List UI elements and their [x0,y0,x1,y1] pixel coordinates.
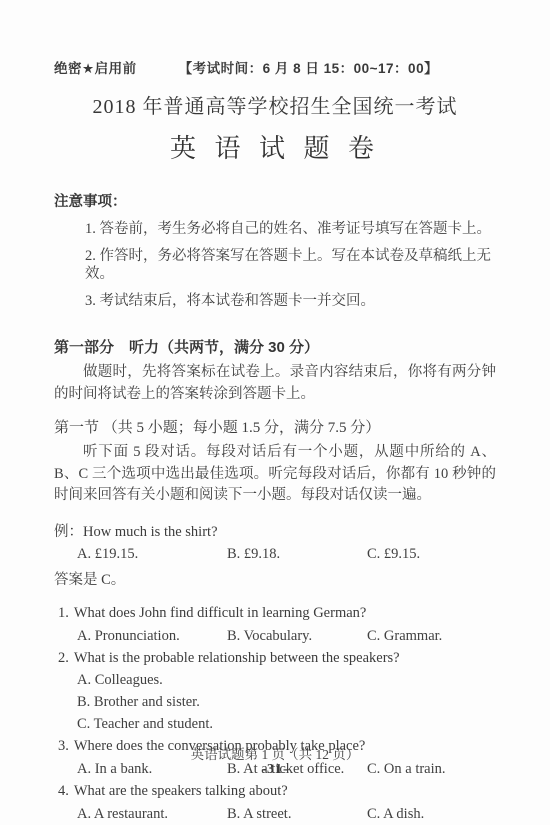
question-1-options: A. Pronunciation. B. Vocabulary. C. Gram… [54,627,496,646]
question-1-text: 1.What does John find difficult in learn… [54,604,496,623]
section1-heading: 第一节 （共 5 小题；每小题 1.5 分，满分 7.5 分） [54,416,496,437]
example-answer: 答案是 C。 [54,568,496,589]
part1-heading: 第一部分 听力（共两节，满分 30 分） [54,336,496,357]
notice-item-3: 3. 考试结束后，将本试卷和答题卡一并交回。 [54,292,496,310]
exam-paper-page: 绝密★启用前 【考试时间：6 月 8 日 15：00~17：00】 2018 年… [0,0,550,825]
page-content: 绝密★启用前 【考试时间：6 月 8 日 15：00~17：00】 2018 年… [0,0,550,824]
question-1: 1.What does John find difficult in learn… [54,604,496,646]
example-option-b: B. £9.18. [227,545,367,564]
footer-page-number: -31- [0,762,550,778]
question-1-option-c: C. Grammar. [367,627,496,646]
footer-page-info: 英语试题第 1 页（共 12 页） [0,743,550,763]
exam-time-label: 【考试时间：6 月 8 日 15：00~17：00】 [179,57,438,77]
question-4-number: 4. [58,783,69,799]
secrecy-label: 绝密★启用前 [54,57,137,77]
example-question: 例：How much is the shirt? [54,520,496,541]
example-options: A. £19.15. B. £9.18. C. £9.15. [54,545,496,564]
question-1-option-a: A. Pronunciation. [77,627,227,646]
question-4-text: 4.What are the speakers talking about? [54,782,496,801]
question-1-stem: What does John find difficult in learnin… [74,605,366,621]
section1-description: 听下面 5 段对话。每段对话后有一个小题，从题中所给的 A、B、C 三个选项中选… [54,442,496,507]
question-list: 1.What does John find difficult in learn… [54,604,496,824]
question-4: 4.What are the speakers talking about? A… [54,782,496,824]
question-4-option-c: C. A dish. [367,805,496,824]
question-4-stem: What are the speakers talking about? [74,783,288,799]
question-2-stem: What is the probable relationship betwee… [74,650,400,666]
question-4-option-b: B. A street. [227,805,367,824]
question-1-option-b: B. Vocabulary. [227,627,367,646]
subject-title: 英 语 试 题 卷 [54,128,496,165]
example-option-a: A. £19.15. [77,545,227,564]
notice-item-1: 1. 答卷前，考生务必将自己的姓名、准考证号填写在答题卡上。 [54,220,496,238]
notice-item-2: 2. 作答时，务必将答案写在答题卡上。写在本试卷及草稿纸上无效。 [54,247,496,283]
question-2-option-a: A. Colleagues. [54,671,496,690]
notice-heading: 注意事项： [54,190,496,211]
question-4-option-a: A. A restaurant. [77,805,227,824]
question-1-number: 1. [58,605,69,621]
question-4-options: A. A restaurant. B. A street. C. A dish. [54,805,496,824]
question-2: 2.What is the probable relationship betw… [54,649,496,734]
exam-title: 2018 年普通高等学校招生全国统一考试 [54,90,496,119]
question-2-text: 2.What is the probable relationship betw… [54,649,496,668]
question-2-option-b: B. Brother and sister. [54,693,496,712]
example-option-c: C. £9.15. [367,545,496,564]
page-header: 绝密★启用前 【考试时间：6 月 8 日 15：00~17：00】 [54,0,496,77]
part1-description: 做题时，先将答案标在试卷上。录音内容结束后，你将有两分钟的时间将试卷上的答案转涂… [54,362,496,405]
question-2-option-c: C. Teacher and student. [54,715,496,734]
question-2-number: 2. [58,650,69,666]
